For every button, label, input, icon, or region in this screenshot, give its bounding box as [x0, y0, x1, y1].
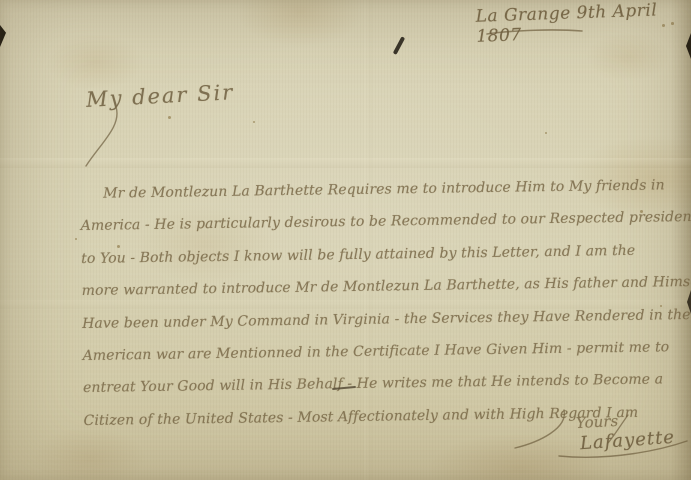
scan-edge-mark — [0, 25, 6, 47]
stain-speck — [662, 24, 665, 27]
stain-speck — [253, 121, 255, 123]
stain-speck — [671, 22, 674, 25]
stain-speck — [640, 210, 643, 213]
fold-crease-horizontal — [0, 158, 691, 168]
salutation-descender-flourish — [82, 104, 124, 172]
stain-speck — [117, 245, 120, 248]
letter-scan: La Grange 9th April 1807 My dear Sir Mr … — [0, 0, 691, 480]
stain-speck — [75, 238, 77, 240]
letter-body: Mr de Montlezun La Barthette Requires me… — [80, 169, 689, 437]
stain-speck — [660, 305, 662, 307]
letter-salutation: My dear Sir — [85, 80, 234, 112]
letter-closing: Yours — [576, 412, 619, 432]
ink-blot-mark — [393, 36, 405, 54]
letter-dateline: La Grange 9th April 1807 — [475, 0, 691, 47]
stain-speck — [545, 132, 547, 134]
stain-speck — [168, 116, 171, 119]
